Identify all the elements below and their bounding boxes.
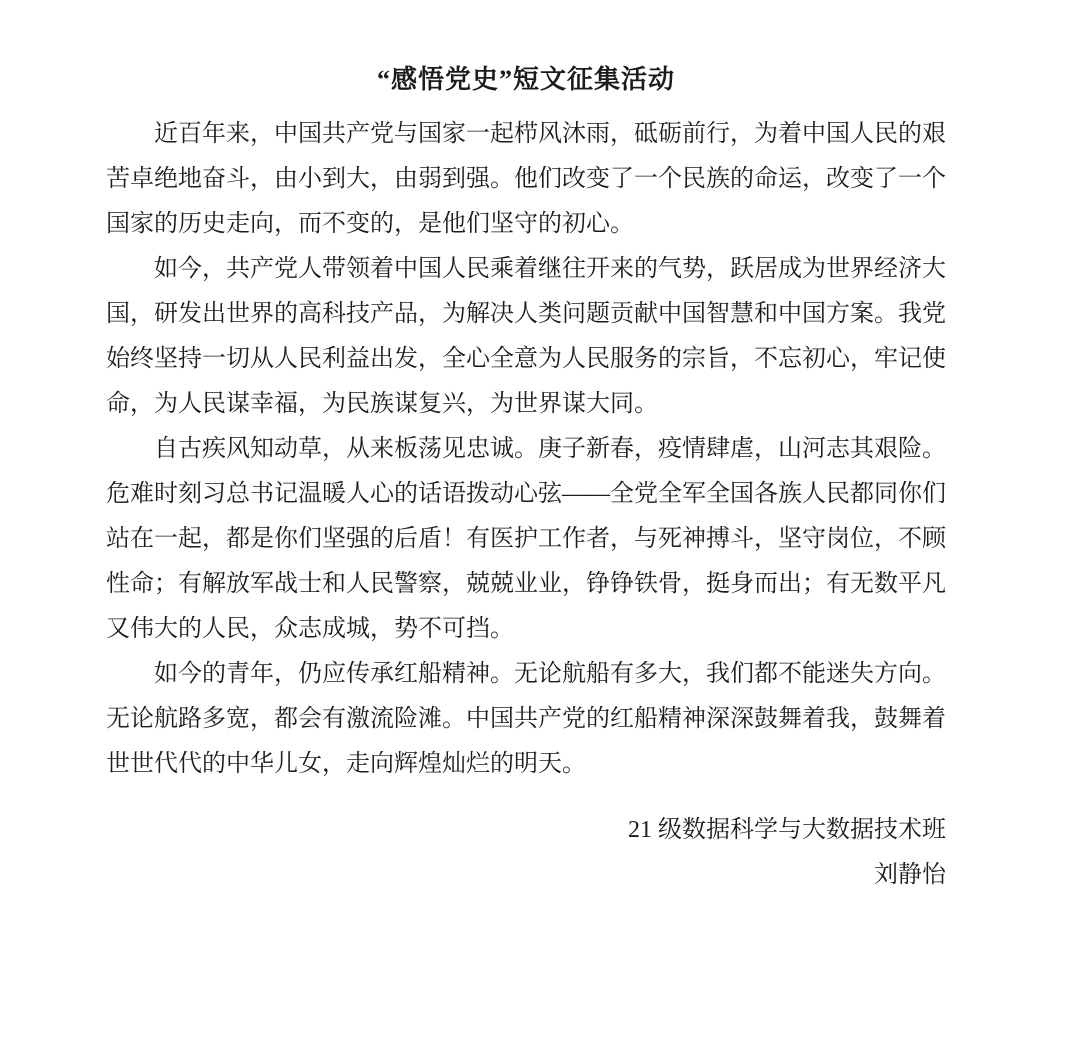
paragraph-4: 如今的青年，仍应传承红船精神。无论航船有多大，我们都不能迷失方向。无论航路多宽，… [106,652,946,787]
document-title: “感悟党史”短文征集活动 [106,57,946,102]
paragraph-3: 自古疾风知动草，从来板荡见忠诚。庚子新春，疫情肆虐，山河志其艰险。危难时刻习总书… [106,427,946,652]
paragraph-2: 如今，共产党人带领着中国人民乘着继往开来的气势，跃居成为世界经济大国，研发出世界… [106,247,946,427]
paragraph-1: 近百年来，中国共产党与国家一起栉风沐雨，砥砺前行，为着中国人民的艰苦卓绝地奋斗，… [106,112,946,247]
signature-class-line: 21 级数据科学与大数据技术班 [106,808,946,853]
document-body: “感悟党史”短文征集活动 近百年来，中国共产党与国家一起栉风沐雨，砥砺前行，为着… [106,0,946,898]
document-page: “感悟党史”短文征集活动 近百年来，中国共产党与国家一起栉风沐雨，砥砺前行，为着… [0,0,1080,1064]
signature-name-line: 刘静怡 [106,853,946,898]
